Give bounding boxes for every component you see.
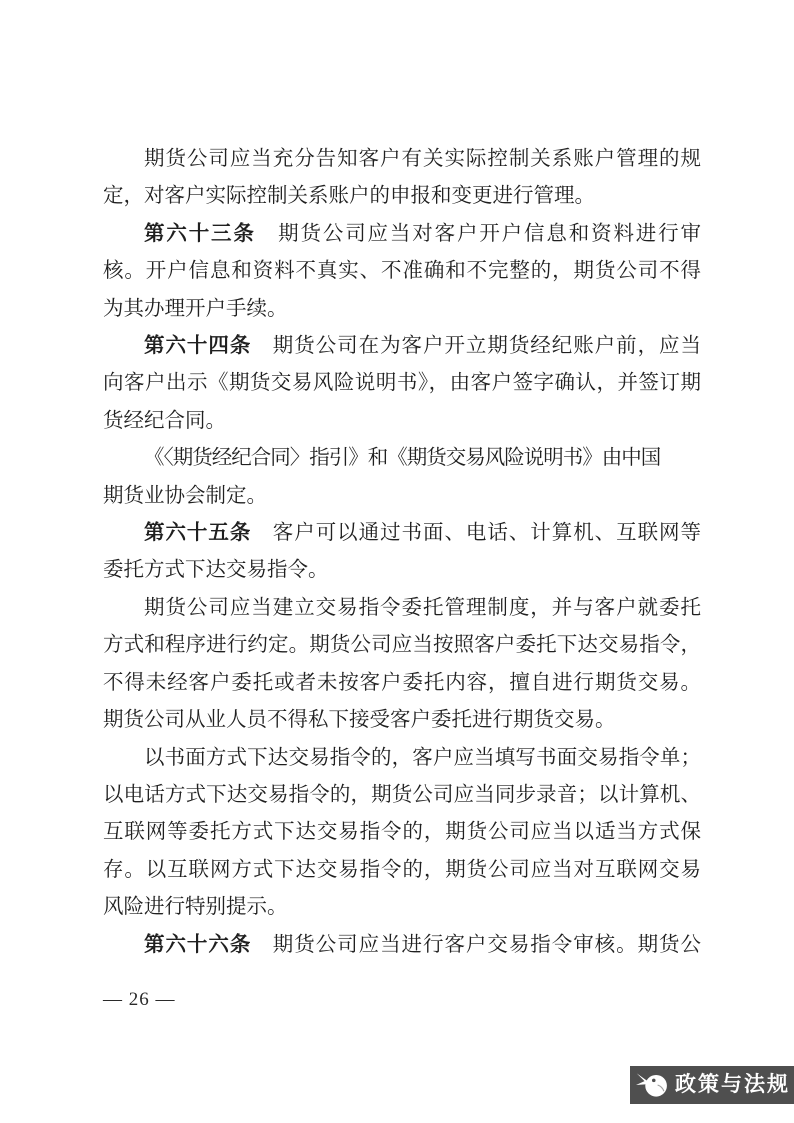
article-number: 第六十六条 <box>144 934 251 956</box>
text-line: 向客户出示《期货交易风险说明书》，由客户签字确认，并签订期 <box>103 365 701 402</box>
text-line: 以电话方式下达交易指令的，期货公司应当同步录音；以计算机、 <box>103 777 701 814</box>
document-body: 期货公司应当充分告知客户有关实际控制关系账户管理的规定，对客户实际控制关系账户的… <box>103 141 701 964</box>
article-number: 第六十四条 <box>144 335 251 357</box>
text-line: 以书面方式下达交易指令的，客户应当填写书面交易指令单； <box>103 740 701 777</box>
text-line: 第六十三条 期货公司应当对客户开户信息和资料进行审 <box>103 216 701 253</box>
text-line: 互联网等委托方式下达交易指令的，期货公司应当以适当方式保 <box>103 814 701 851</box>
text-line: 第六十五条 客户可以通过书面、电话、计算机、互联网等 <box>103 515 701 552</box>
text-line: 委托方式下达交易指令。 <box>103 552 701 589</box>
text-line: 期货公司应当充分告知客户有关实际控制关系账户管理的规 <box>103 141 701 178</box>
text-line: 期货公司从业人员不得私下接受客户委托进行期货交易。 <box>103 702 701 739</box>
page-number: — 26 — <box>103 989 176 1011</box>
text-line: 核。开户信息和资料不真实、不准确和不完整的，期货公司不得 <box>103 253 701 290</box>
text-line: 为其办理开户手续。 <box>103 291 701 328</box>
text-line: 风险进行特别提示。 <box>103 889 701 926</box>
watermark-label: 政策与法规 <box>675 1066 790 1104</box>
text-line: 期货业协会制定。 <box>103 478 701 515</box>
text-line: 定，对客户实际控制关系账户的申报和变更进行管理。 <box>103 178 701 215</box>
article-number: 第六十三条 <box>144 223 256 245</box>
document-page: 期货公司应当充分告知客户有关实际控制关系账户管理的规定，对客户实际控制关系账户的… <box>0 0 794 1123</box>
text-line: 《〈期货经纪合同〉指引》和《期货交易风险说明书》由中国 <box>103 440 701 477</box>
text-line: 第六十六条 期货公司应当进行客户交易指令审核。期货公 <box>103 927 701 964</box>
watermark-badge: 政策与法规 <box>630 1066 794 1104</box>
article-number: 第六十五条 <box>144 522 251 544</box>
text-line: 第六十四条 期货公司在为客户开立期货经纪账户前，应当 <box>103 328 701 365</box>
text-line: 方式和程序进行约定。期货公司应当按照客户委托下达交易指令， <box>103 627 701 664</box>
chick-logo-icon <box>636 1069 670 1101</box>
text-line: 存。以互联网方式下达交易指令的，期货公司应当对互联网交易 <box>103 852 701 889</box>
text-line: 期货公司应当建立交易指令委托管理制度，并与客户就委托 <box>103 590 701 627</box>
text-line: 不得未经客户委托或者未按客户委托内容，擅自进行期货交易。 <box>103 665 701 702</box>
text-line: 货经纪合同。 <box>103 403 701 440</box>
